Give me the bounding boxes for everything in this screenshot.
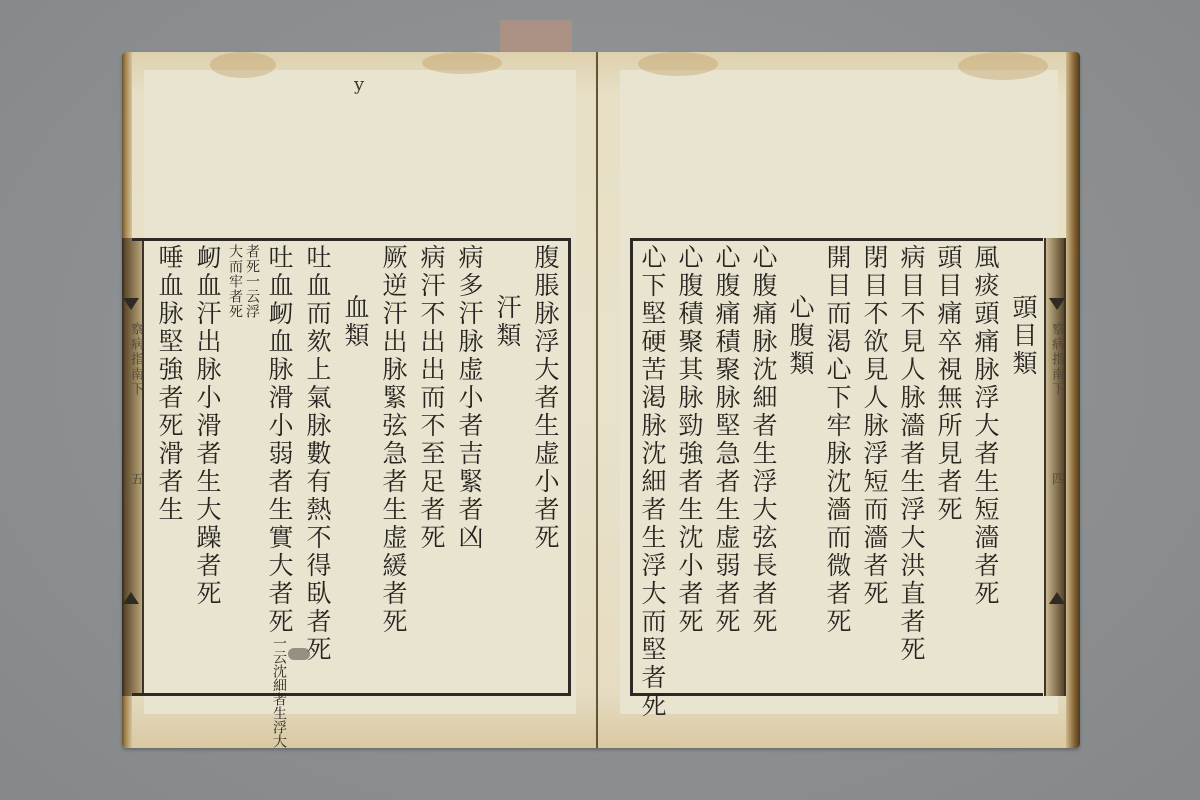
open-book-spread: y 察病指南下 五 腹脹脉浮大者生虚小者死 汗類 病多汗脉虚小者吉緊者凶 病汗不… xyxy=(122,52,1080,748)
text-column: 吐血而欬上氣脉數有熱不得臥者死 xyxy=(298,244,336,684)
annotation-line: 大而牢者死 xyxy=(226,244,243,684)
text-column: 衂血汗出脉小滑者生大躁者死 xyxy=(188,244,226,684)
section-heading-blood: 血類 xyxy=(336,244,374,734)
text-column: 心下堅硬苦渇脉沈細者生浮大而堅者死 xyxy=(634,244,671,684)
annotation-pair: 者死一云浮 大而牢者死 xyxy=(226,244,260,684)
text-column: 吐血衂血脉滑小弱者生實大者死一云沈細者生浮大 xyxy=(260,244,298,684)
water-stain xyxy=(638,52,718,76)
right-page: 察病指南下 四 頭目類 風痰頭痛脉浮大者生短濇者死 頭目痛卒視無所見者死 病目不… xyxy=(598,52,1080,748)
water-stain xyxy=(422,52,502,74)
text-column: 心腹痛積聚脉堅急者生虚弱者死 xyxy=(708,244,745,684)
text-column: 頭目痛卒視無所見者死 xyxy=(930,244,967,684)
text-column: 心腹積聚其脉勁強者生沈小者死 xyxy=(671,244,708,684)
text-column: 病目不見人脉濇者生浮大洪直者死 xyxy=(893,244,930,684)
water-stain xyxy=(210,52,276,78)
right-text-columns: 頭目類 風痰頭痛脉浮大者生短濇者死 頭目痛卒視無所見者死 病目不見人脉濇者生浮大… xyxy=(636,244,1042,684)
fishtail-top-icon xyxy=(1049,298,1065,310)
left-page: y 察病指南下 五 腹脹脉浮大者生虚小者死 汗類 病多汗脉虚小者吉緊者凶 病汗不… xyxy=(122,52,598,748)
section-heading-sweat: 汗類 xyxy=(488,244,526,734)
inline-annotation: 一云沈細者生浮大 xyxy=(271,636,287,748)
text-column: 腹脹脉浮大者生虚小者死 xyxy=(526,244,564,684)
text-column: 風痰頭痛脉浮大者生短濇者死 xyxy=(967,244,1004,684)
section-heading-heart-abdomen: 心腹類 xyxy=(782,244,819,734)
text-column: 病多汗脉虚小者吉緊者凶 xyxy=(450,244,488,684)
text-column: 心腹痛脉沈細者生浮大弦長者死 xyxy=(745,244,782,684)
water-stain xyxy=(958,52,1048,80)
fishtail-bottom-icon xyxy=(1049,592,1065,604)
right-page-edge xyxy=(1066,52,1080,748)
section-heading-head-eyes: 頭目類 xyxy=(1004,244,1042,734)
right-folio-number: 四 xyxy=(1047,472,1066,487)
text-column: 開目而渇心下牢脉沈濇而微者死 xyxy=(819,244,856,684)
text-column: 唾血脉堅強者死滑者生 xyxy=(150,244,188,684)
margin-mark: y xyxy=(354,74,364,95)
annotation-line: 者死一云浮 xyxy=(243,244,260,684)
text-column: 病汗不出出而不至足者死 xyxy=(412,244,450,684)
text-column: 閉目不欲見人脉浮短而濇者死 xyxy=(856,244,893,684)
right-margin-title: 察病指南下 xyxy=(1047,322,1066,397)
text-column: 厥逆汗出脉緊弦急者生虚緩者死 xyxy=(374,244,412,684)
left-text-columns: 腹脹脉浮大者生虚小者死 汗類 病多汗脉虚小者吉緊者凶 病汗不出出而不至足者死 厥… xyxy=(144,244,564,684)
ink-smudge xyxy=(288,648,310,660)
text-column-main: 吐血衂血脉滑小弱者生實大者死 xyxy=(265,244,294,636)
